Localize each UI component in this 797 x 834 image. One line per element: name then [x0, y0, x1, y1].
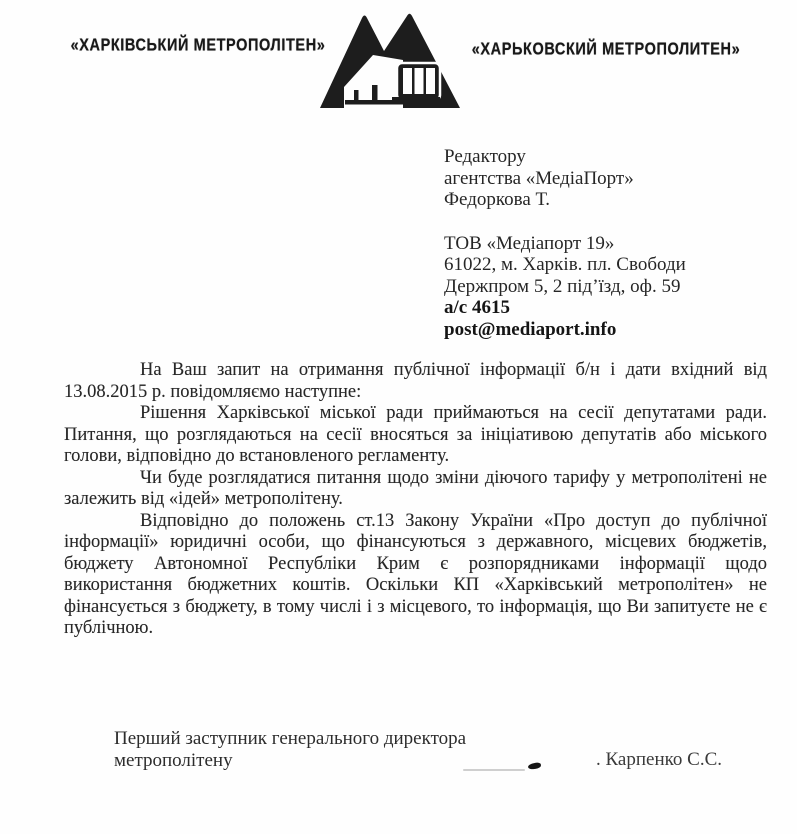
- recipient-block: Редактору агентства «МедіаПорт» Федорков…: [444, 146, 686, 340]
- signature-title-line: метрополітену: [114, 750, 466, 772]
- recipient-line: Редактору: [444, 146, 686, 168]
- metro-m-logo-icon: [316, 10, 464, 113]
- scanned-letter-page: «ХАРКІВСЬКИЙ МЕТРОПОЛІТЕН» «ХАРЬКОВСКИЙ …: [0, 0, 797, 834]
- email-address: post@mediaport.info: [444, 319, 686, 341]
- signature-title: Перший заступник генерального директора …: [114, 728, 466, 772]
- po-box: а/с 4615: [444, 297, 686, 319]
- address-line: Держпром 5, 2 під’їзд, оф. 59: [444, 276, 686, 298]
- body-paragraph: Рішення Харківської міської ради приймаю…: [64, 403, 767, 468]
- body-paragraph: Відповідно до положень ст.13 Закону Укра…: [64, 511, 767, 640]
- recipient-line: агентства «МедіаПорт»: [444, 168, 686, 190]
- pen-stroke-mark: [463, 769, 525, 771]
- address-line: ТОВ «Медіапорт 19»: [444, 233, 686, 255]
- org-name-russian: «ХАРЬКОВСКИЙ МЕТРОПОЛИТЕН»: [462, 41, 750, 60]
- body-paragraph: На Ваш запит на отримання публічної інфо…: [64, 360, 767, 403]
- signature-ink-mark: [528, 762, 542, 770]
- letter-body: На Ваш запит на отримання публічної інфо…: [64, 360, 767, 640]
- signer-name: . Карпенко С.С.: [596, 749, 722, 771]
- spacer: [444, 211, 686, 233]
- signature-title-line: Перший заступник генерального директора: [114, 728, 466, 750]
- body-paragraph: Чи буде розглядатися питання щодо зміни …: [64, 468, 767, 511]
- recipient-line: Федоркова Т.: [444, 189, 686, 211]
- org-name-ukrainian: «ХАРКІВСЬКИЙ МЕТРОПОЛІТЕН»: [60, 37, 336, 56]
- address-line: 61022, м. Харків. пл. Свободи: [444, 254, 686, 276]
